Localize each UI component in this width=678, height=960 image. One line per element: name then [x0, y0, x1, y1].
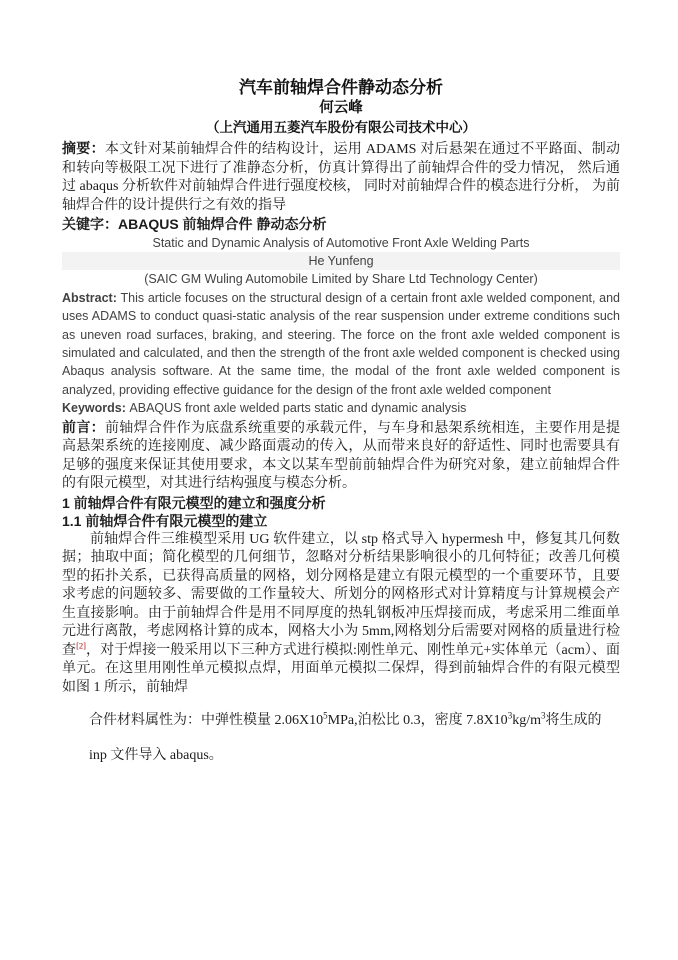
citation-marker: [2] [76, 640, 86, 650]
paper-title: 汽车前轴焊合件静动态分析 [62, 76, 620, 99]
abstract-cn: 摘要：本文针对某前轴焊合件的结构设计，运用 ADAMS 对后悬架在通过不平路面、… [62, 139, 620, 215]
keywords-en-label: Keywords: [62, 401, 129, 415]
body-2-text-b: MPa,泊松比 0.3，密度 7.8X10 [328, 713, 508, 728]
body-paragraph-1: 前轴焊合件三维模型采用 UG 软件建立，以 stp 格式导入 hypermesh… [62, 531, 620, 698]
section-heading-1-1: 1.1 前轴焊合件有限元模型的建立 [62, 512, 620, 531]
body-2-text-c: kg/m [512, 713, 541, 728]
abstract-cn-text: 本文针对某前轴焊合件的结构设计，运用 ADAMS 对后悬架在通过不平路面、制动和… [62, 142, 620, 213]
keywords-cn-label: 关键字： [62, 216, 118, 232]
abstract-cn-label: 摘要： [62, 140, 105, 156]
intro-label: 前言： [62, 419, 105, 435]
section-heading-1: 1 前轴焊合件有限元模型的建立和强度分析 [62, 494, 620, 513]
author-name: 何云峰 [62, 99, 620, 118]
keywords-en-text: ABAQUS front axle welded parts static an… [129, 401, 466, 415]
body-paragraph-2: 合件材料属性为：中弹性模量 2.06X105MPa,泊松比 0.3，密度 7.8… [89, 703, 620, 773]
intro-text: 前轴焊合件作为底盘系统重要的承载元件，与车身和悬架系统相连，主要作用是提高悬架系… [62, 421, 620, 492]
body-1-text-b: ，对于焊接一般采用以下三种方式进行模拟:刚性单元、刚性单元+实体单元（acm）、… [62, 643, 620, 695]
english-author: He Yunfeng [62, 252, 620, 270]
keywords-en: Keywords: ABAQUS front axle welded parts… [62, 399, 620, 417]
abstract-en-label: Abstract: [62, 291, 121, 305]
document-page: 汽车前轴焊合件静动态分析 何云峰 （上汽通用五菱汽车股份有限公司技术中心） 摘要… [0, 0, 678, 960]
abstract-en-text: This article focuses on the structural d… [62, 291, 620, 397]
body-1-text-a: 前轴焊合件三维模型采用 UG 软件建立，以 stp 格式导入 hypermesh… [62, 532, 620, 658]
intro-paragraph: 前言：前轴焊合件作为底盘系统重要的承载元件，与车身和悬架系统相连，主要作用是提高… [62, 418, 620, 494]
abstract-en: Abstract: This article focuses on the st… [62, 289, 620, 399]
keywords-cn: 关键字：ABAQUS 前轴焊合件 静动态分析 [62, 215, 620, 234]
english-affiliation: (SAIC GM Wuling Automobile Limited by Sh… [62, 270, 620, 288]
affiliation: （上汽通用五菱汽车股份有限公司技术中心） [62, 118, 620, 137]
english-title: Static and Dynamic Analysis of Automotiv… [62, 234, 620, 252]
body-2-text-a: 合件材料属性为：中弹性模量 2.06X10 [89, 713, 323, 728]
keywords-cn-text: ABAQUS 前轴焊合件 静动态分析 [118, 216, 326, 232]
